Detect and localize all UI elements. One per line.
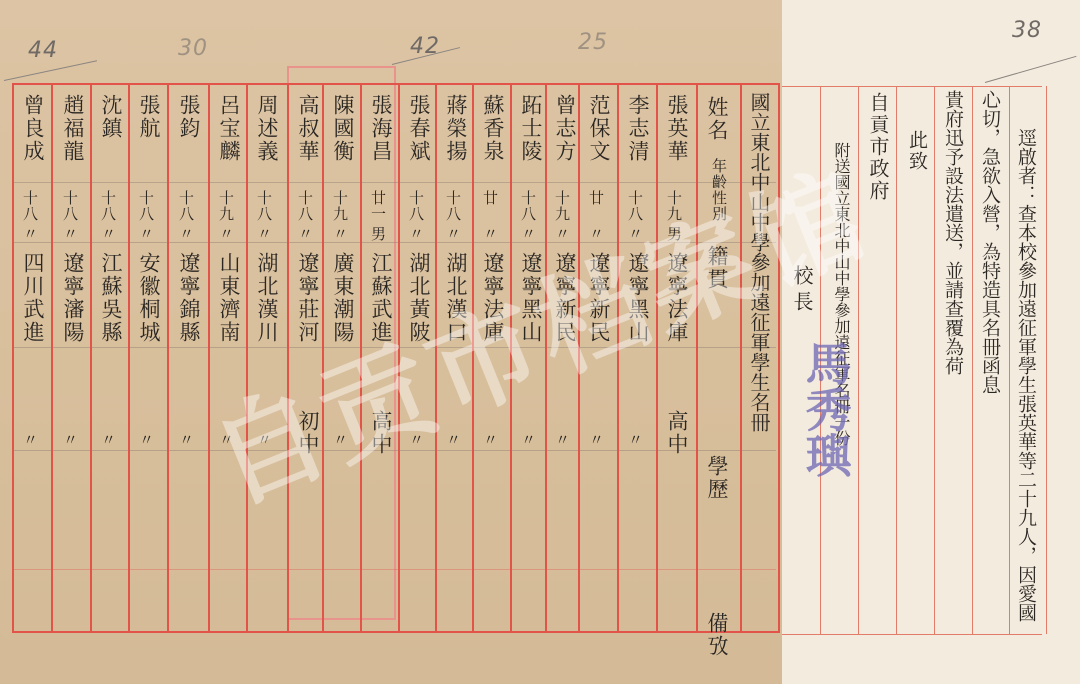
roster-native: 遼寧錦縣	[178, 252, 199, 344]
roster-education: 〃	[138, 432, 153, 448]
roster-sex: 〃	[62, 226, 77, 242]
roster-sex: 〃	[445, 226, 460, 242]
roster-name: 周述義	[256, 94, 277, 163]
column-rule	[696, 83, 698, 633]
roster-sex: 〃	[297, 226, 312, 242]
roster-education: 〃	[520, 432, 535, 448]
letter-rule	[1009, 86, 1010, 634]
roster-education: 〃	[588, 432, 603, 448]
roster-age: 十八	[520, 190, 535, 222]
roster-name: 范保文	[588, 94, 609, 163]
roster-sex: 〃	[218, 226, 233, 242]
roster-native: 山東濟南	[218, 252, 239, 344]
roster-education: 〃	[178, 432, 193, 448]
roster-age: 十八	[445, 190, 460, 222]
roster-education: 高中	[666, 410, 687, 456]
letter-rule	[1046, 86, 1047, 634]
column-rule	[167, 83, 169, 633]
roster-education: 〃	[22, 432, 37, 448]
roster-age: 十八	[297, 190, 312, 222]
roster-name: 李志清	[627, 94, 648, 163]
roster-name: 張春斌	[408, 94, 429, 163]
header-name: 姓名	[706, 96, 727, 142]
roster-age: 十八	[22, 190, 37, 222]
roster-name: 沈鎮	[100, 94, 121, 140]
roster-education: 〃	[554, 432, 569, 448]
roster-name: 曾志方	[554, 94, 575, 163]
letter-rule	[782, 86, 1042, 87]
roster-age: 十八	[138, 190, 153, 222]
roster-native: 江蘇吳縣	[100, 252, 121, 344]
roster-name: 趙福龍	[62, 94, 83, 163]
roster-sex: 〃	[256, 226, 271, 242]
roster-age: 十八	[256, 190, 271, 222]
roster-education: 〃	[62, 432, 77, 448]
roster-name: 蔣榮揚	[445, 94, 466, 163]
roster-name: 蘇香泉	[482, 94, 503, 163]
roster-sex: 男	[370, 226, 385, 242]
roster-sex: 〃	[178, 226, 193, 242]
roster-name: 高叔華	[297, 94, 318, 163]
roster-sex: 〃	[482, 226, 497, 242]
column-rule	[128, 83, 130, 633]
roster-age: 十八	[408, 190, 423, 222]
roster-sex: 〃	[138, 226, 153, 242]
letter-line-1: 逕啟者：查本校參加遠征軍學生張英華等二十九人，因愛國	[1016, 128, 1035, 622]
roster-native: 遼寧瀋陽	[62, 252, 83, 344]
roster-sex: 〃	[100, 226, 115, 242]
roster-sex: 〃	[332, 226, 347, 242]
roster-name: 張航	[138, 94, 159, 140]
roster-name: 張海昌	[370, 94, 391, 163]
roster-name: 張英華	[666, 94, 687, 163]
roster-age: 十九	[554, 190, 569, 222]
letter-rule	[972, 86, 973, 634]
roster-age: 廿	[482, 190, 497, 206]
roster-name: 陳國衡	[332, 94, 353, 163]
pencil-mark: 38	[1012, 18, 1042, 43]
roster-native: 安徽桐城	[138, 252, 159, 344]
roster-age: 十八	[100, 190, 115, 222]
header-education: 學歷	[706, 455, 727, 501]
header-remarks: 備攷	[706, 612, 727, 658]
name-seal: 馬秀璵	[788, 340, 862, 478]
roster-education: 〃	[627, 432, 642, 448]
roster-age: 廿一	[370, 190, 385, 222]
roster-sex: 〃	[22, 226, 37, 242]
letter-line-2: 心切，急欲入營，為特造具名冊函息	[980, 90, 999, 394]
roster-name: 張鈞	[178, 94, 199, 140]
pencil-mark: 25	[578, 30, 608, 55]
letter-line-3: 貴府迅予設法遣送，並請查覆為荷	[943, 90, 962, 375]
roster-native: 湖北漢川	[256, 252, 277, 344]
letter-rule	[934, 86, 935, 634]
roster-native: 四川武進	[22, 252, 43, 344]
roster-age: 十九	[218, 190, 233, 222]
column-rule	[51, 83, 53, 633]
pencil-mark: 44	[28, 38, 58, 63]
column-rule	[90, 83, 92, 633]
roster-native: 遼寧莊河	[297, 252, 318, 344]
roster-sex: 〃	[520, 226, 535, 242]
roster-name: 跖士陵	[520, 94, 541, 163]
column-rule	[208, 83, 210, 633]
roster-age: 十八	[62, 190, 77, 222]
roster-name: 曾良成	[22, 94, 43, 163]
letter-rule	[782, 634, 1042, 635]
roster-education: 〃	[100, 432, 115, 448]
letter-salutation: 此致	[907, 130, 926, 172]
pencil-mark: 30	[178, 36, 208, 61]
roster-name: 呂宝麟	[218, 94, 239, 163]
roster-age: 廿	[588, 190, 603, 206]
column-rule	[246, 83, 248, 633]
letter-rule	[896, 86, 897, 634]
letter-recipient: 自貢市政府	[868, 92, 888, 202]
roster-age: 十八	[178, 190, 193, 222]
roster-age: 十九	[332, 190, 347, 222]
roster-sex: 〃	[408, 226, 423, 242]
